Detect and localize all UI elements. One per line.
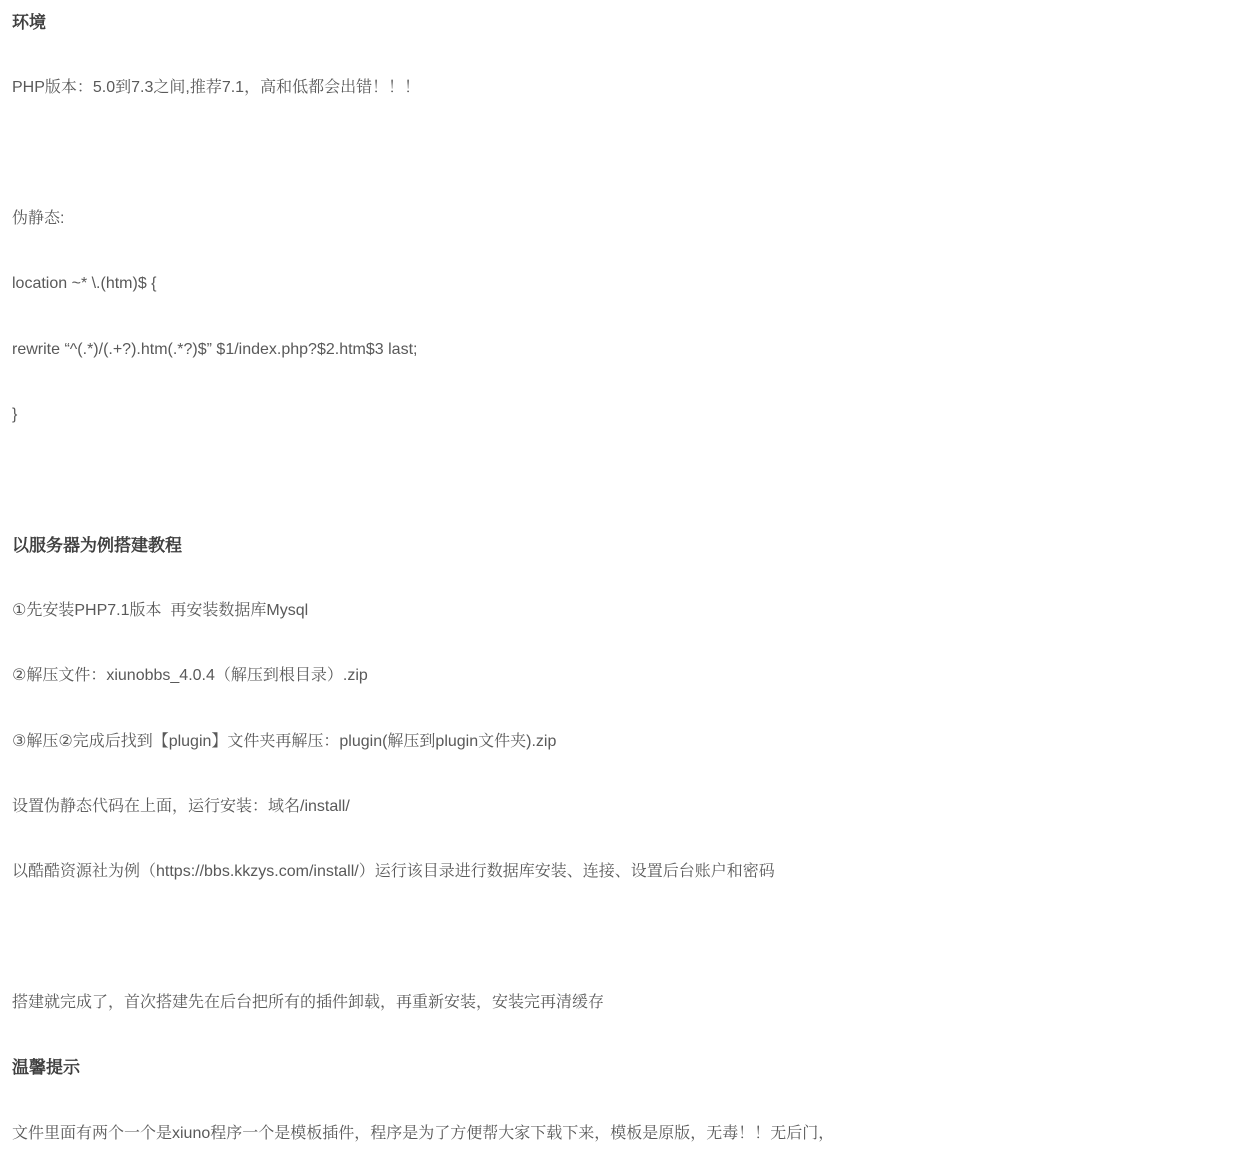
tutorial-step-5: 以酷酷资源社为例（https://bbs.kkzys.com/install/）…	[12, 860, 1229, 884]
blank-line	[12, 926, 1229, 950]
tutorial-step-4: 设置伪静态代码在上面，运行安装：域名/install/	[12, 795, 1229, 819]
nginx-rewrite-code-line-2: rewrite “^(.*)/(.+?).htm(.*?)$” $1/index…	[12, 338, 1229, 362]
nginx-rewrite-code-line-3: }	[12, 403, 1229, 427]
blank-line	[12, 142, 1229, 166]
tutorial-step-3: ③解压②完成后找到【plugin】文件夹再解压：plugin(解压到plugin…	[12, 730, 1229, 754]
rewrite-label: 伪静态:	[12, 207, 1229, 231]
blank-line	[12, 468, 1229, 492]
completion-note: 搭建就完成了，首次搭建先在后台把所有的插件卸载，再重新安装，安装完再清缓存	[12, 991, 1229, 1015]
nginx-rewrite-code-line-1: location ~* \.(htm)$ {	[12, 272, 1229, 296]
tutorial-step-1: ①先安装PHP7.1版本 再安装数据库Mysql	[12, 599, 1229, 623]
tips-body: 文件里面有两个一个是xiuno程序一个是模板插件，程序是为了方便帮大家下载下来，…	[12, 1122, 1229, 1146]
php-version-note: PHP版本：5.0到7.3之间,推荐7.1，高和低都会出错！！！	[12, 76, 1229, 100]
section-heading-tips: 温馨提示	[12, 1056, 1229, 1080]
section-heading-tutorial: 以服务器为例搭建教程	[12, 534, 1229, 558]
document-body: 环境 PHP版本：5.0到7.3之间,推荐7.1，高和低都会出错！！！ 伪静态:…	[0, 0, 1241, 1146]
section-heading-environment: 环境	[12, 11, 1229, 35]
tutorial-step-2: ②解压文件：xiunobbs_4.0.4（解压到根目录）.zip	[12, 664, 1229, 688]
